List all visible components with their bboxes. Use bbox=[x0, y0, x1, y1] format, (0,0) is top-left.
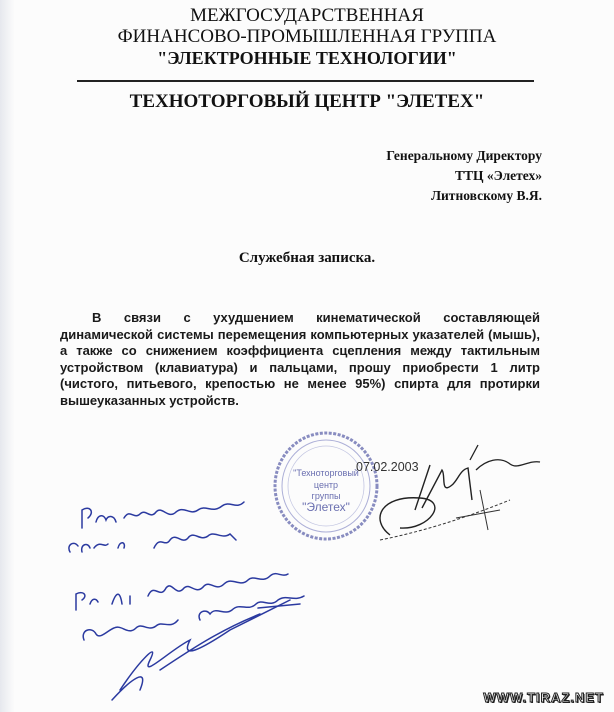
handwriting-icon bbox=[0, 0, 614, 712]
document-page: МЕЖГОСУДАРСТВЕННАЯ ФИНАНСОВО-ПРОМЫШЛЕННА… bbox=[0, 0, 614, 712]
handwritten-resolution bbox=[0, 0, 614, 712]
watermark-text: WWW.TIRAZ.NET bbox=[483, 690, 604, 705]
